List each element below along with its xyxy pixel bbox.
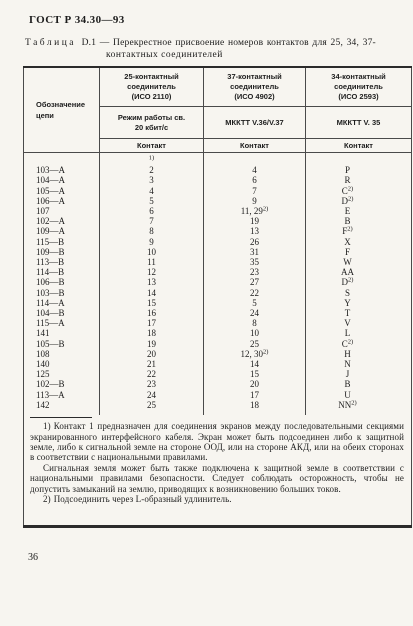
- doc-code: ГОСТ Р 34.30—93: [29, 0, 413, 26]
- pin25-cell: 8: [100, 226, 204, 236]
- table-row: 113—В1135W: [24, 257, 412, 267]
- circuit-cell: 142: [24, 400, 100, 415]
- header-circuit-designation: Обозначение цепи: [24, 67, 100, 153]
- pin25-cell: 6: [100, 206, 204, 216]
- pin34-cell: F2): [306, 226, 412, 236]
- pin34-cell: C2): [306, 186, 412, 196]
- header-circuit-line1: Обозначение: [36, 99, 99, 110]
- circuit-cell: 115—А: [24, 318, 100, 328]
- table-row: 115—В926X: [24, 237, 412, 247]
- header-contact-37pin: Контакт: [204, 139, 306, 153]
- pin25-cell: 7: [100, 216, 204, 226]
- footnote-3-marker: 2): [43, 494, 51, 504]
- header-mode-34pin: МККТТ V. 35: [306, 107, 412, 139]
- table-row: 1402114N: [24, 359, 412, 369]
- circuit-cell: 105—В: [24, 339, 100, 349]
- pin34-cell: NN2): [306, 400, 412, 415]
- table-row: 113—А2417U: [24, 390, 412, 400]
- pin34-cell: F: [306, 247, 412, 257]
- table-row: 103—А24P: [24, 165, 412, 175]
- circuit-cell: 103—А: [24, 165, 100, 175]
- pin37-cell: 18: [204, 400, 306, 415]
- circuit-cell: 114—А: [24, 298, 100, 308]
- header-circuit-line2: цепи: [36, 110, 99, 121]
- pin25-cell: 13: [100, 277, 204, 287]
- table-row: 106—А59D2): [24, 196, 412, 206]
- footnote-1-continuation: Сигнальная земля может быть также подклю…: [30, 463, 404, 494]
- header-contact-34pin: Контакт: [306, 139, 412, 153]
- pin25-cell: 3: [100, 175, 204, 185]
- pin25-cell: 12: [100, 267, 204, 277]
- circuit-cell: 106—В: [24, 277, 100, 287]
- circuit-cell: 105—А: [24, 186, 100, 196]
- table-row: 1252215J: [24, 369, 412, 379]
- pin25-cell: 14: [100, 288, 204, 298]
- pin34-cell: C2): [306, 339, 412, 349]
- pin37-cell: 8: [204, 318, 306, 328]
- pin37-cell: 20: [204, 379, 306, 389]
- pin37-cell: 25: [204, 339, 306, 349]
- pin34-cell: S: [306, 288, 412, 298]
- pin37-cell: 13: [204, 226, 306, 236]
- footnote-1-text: Контакт 1 предназначен для соединения эк…: [30, 421, 404, 462]
- circuit-cell: 108: [24, 349, 100, 359]
- circuit-cell: 140: [24, 359, 100, 369]
- header-mode-37pin: МККТТ V.36/V.37: [204, 107, 306, 139]
- circuit-cell: [24, 153, 100, 166]
- circuit-cell: 109—В: [24, 247, 100, 257]
- header-text: 34-контактный: [306, 72, 411, 82]
- pin25-cell: 5: [100, 196, 204, 206]
- table-header: Обозначение цепи 25-контактный соедините…: [24, 67, 412, 153]
- table-row: 103—В1422S: [24, 288, 412, 298]
- pin37-cell: 19: [204, 216, 306, 226]
- pin25-cell: 11: [100, 257, 204, 267]
- footnote-2: 2)Подсоединить через L-образный удлините…: [30, 494, 404, 504]
- pin25-cell: 9: [100, 237, 204, 247]
- header-text: 37-контактный: [204, 72, 305, 82]
- header-contact-25pin: Контакт: [100, 139, 204, 153]
- pin25-cell: 4: [100, 186, 204, 196]
- header-text: 20 кбит/с: [100, 123, 203, 133]
- pin25-cell: 19: [100, 339, 204, 349]
- pin34-cell: L: [306, 328, 412, 338]
- table-row: 105—В1925C2): [24, 339, 412, 349]
- contact-rows: 1)103—А24P104—А36R105—А47C2)106—А59D2)10…: [24, 153, 412, 416]
- table-row: 102—А719B: [24, 216, 412, 226]
- pin34-cell: E: [306, 206, 412, 216]
- pin25-cell: 21: [100, 359, 204, 369]
- table-row: 1082012, 302)H: [24, 349, 412, 359]
- table-row: 104—В1624T: [24, 308, 412, 318]
- table-row: 109—А813F2): [24, 226, 412, 236]
- circuit-cell: 125: [24, 369, 100, 379]
- table-row: 109—В1031F: [24, 247, 412, 257]
- table-row: 114—В1223AA: [24, 267, 412, 277]
- footnote-2-text: Сигнальная земля может быть также подклю…: [30, 463, 404, 494]
- circuit-cell: 104—В: [24, 308, 100, 318]
- pin34-cell: U: [306, 390, 412, 400]
- table-row: 105—А47C2): [24, 186, 412, 196]
- table-row: 107611, 292)E: [24, 206, 412, 216]
- pin25-cell: 17: [100, 318, 204, 328]
- pin37-cell: 10: [204, 328, 306, 338]
- circuit-cell: 106—А: [24, 196, 100, 206]
- pin25-cell: 1): [100, 153, 204, 166]
- pin34-cell: AA: [306, 267, 412, 277]
- circuit-cell: 104—А: [24, 175, 100, 185]
- pin37-cell: 26: [204, 237, 306, 247]
- pin25-cell: 24: [100, 390, 204, 400]
- footnote-1: 1)Контакт 1 предназначен для соединения …: [30, 421, 404, 463]
- circuit-cell: 115—В: [24, 237, 100, 247]
- header-text: Режим работы св.: [100, 113, 203, 123]
- circuit-cell: 109—А: [24, 226, 100, 236]
- pin34-cell: Y: [306, 298, 412, 308]
- pin25-cell: 25: [100, 400, 204, 415]
- header-mode-25pin: Режим работы св. 20 кбит/с: [100, 107, 204, 139]
- document-page: ГОСТ Р 34.30—93 Таблица D.1 — Перекрестн…: [0, 0, 413, 626]
- header-connector-37pin: 37-контактный соединитель (ИСО 4902): [204, 67, 306, 107]
- circuit-cell: 114—В: [24, 267, 100, 277]
- header-connector-34pin: 34-контактный соединитель (ИСО 2593): [306, 67, 412, 107]
- footnote-1-marker: 1): [43, 421, 51, 431]
- header-text: (ИСО 4902): [204, 92, 305, 102]
- footnotes-row: 1)Контакт 1 предназначен для соединения …: [24, 415, 412, 527]
- footnote-3-text: Подсоединить через L-образный удлинитель…: [54, 494, 232, 504]
- pin37-cell: 17: [204, 390, 306, 400]
- pin34-cell: P: [306, 165, 412, 175]
- pin34-cell: H: [306, 349, 412, 359]
- header-connector-25pin: 25-контактный соединитель (ИСО 2110): [100, 67, 204, 107]
- table-row: 1422518NN2): [24, 400, 412, 415]
- table-row: 1): [24, 153, 412, 166]
- pin34-cell: T: [306, 308, 412, 318]
- pin37-cell: 5: [204, 298, 306, 308]
- pin37-cell: 15: [204, 369, 306, 379]
- pin34-cell: X: [306, 237, 412, 247]
- header-text: соединитель: [100, 82, 203, 92]
- header-row-connectors: Обозначение цепи 25-контактный соедините…: [24, 67, 412, 107]
- table-row: 114—А155Y: [24, 298, 412, 308]
- pin34-cell: V: [306, 318, 412, 328]
- pin37-cell: 27: [204, 277, 306, 287]
- header-text: соединитель: [204, 82, 305, 92]
- circuit-cell: 103—В: [24, 288, 100, 298]
- contacts-table: Обозначение цепи 25-контактный соедините…: [23, 66, 412, 528]
- page-number: 36: [28, 552, 413, 563]
- pin37-cell: 7: [204, 186, 306, 196]
- pin37-cell: 31: [204, 247, 306, 257]
- pin25-cell: 23: [100, 379, 204, 389]
- pin34-cell: J: [306, 369, 412, 379]
- pin25-cell: 22: [100, 369, 204, 379]
- pin25-cell: 2: [100, 165, 204, 175]
- header-text: 25-контактный: [100, 72, 203, 82]
- pin37-cell: 4: [204, 165, 306, 175]
- pin25-cell: 20: [100, 349, 204, 359]
- pin34-cell: W: [306, 257, 412, 267]
- pin25-cell: 18: [100, 328, 204, 338]
- pin34-cell: R: [306, 175, 412, 185]
- pin37-cell: 23: [204, 267, 306, 277]
- pin37-cell: 9: [204, 196, 306, 206]
- pin25-cell: 16: [100, 308, 204, 318]
- pin37-cell: 6: [204, 175, 306, 185]
- pin34-cell: B: [306, 216, 412, 226]
- pin34-cell: [306, 153, 412, 166]
- header-text: соединитель: [306, 82, 411, 92]
- circuit-cell: 107: [24, 206, 100, 216]
- table-row: 115—А178V: [24, 318, 412, 328]
- pin25-cell: 10: [100, 247, 204, 257]
- table-row: 106—В1327D2): [24, 277, 412, 287]
- pin37-cell: 35: [204, 257, 306, 267]
- pin34-cell: N: [306, 359, 412, 369]
- circuit-cell: 113—В: [24, 257, 100, 267]
- circuit-cell: 113—А: [24, 390, 100, 400]
- circuit-cell: 102—В: [24, 379, 100, 389]
- table-title-label: Таблица: [25, 38, 76, 48]
- pin37-cell: 11, 292): [204, 206, 306, 216]
- footnote-separator-rule: [30, 417, 92, 418]
- header-text: (ИСО 2593): [306, 92, 411, 102]
- table-row: 1411810L: [24, 328, 412, 338]
- header-text: МККТТ V. 35: [306, 118, 411, 128]
- footnotes: 1)Контакт 1 предназначен для соединения …: [30, 421, 404, 505]
- table-row: 102—В2320B: [24, 379, 412, 389]
- header-text: МККТТ V.36/V.37: [204, 118, 305, 128]
- pin37-cell: 12, 302): [204, 349, 306, 359]
- circuit-cell: 102—А: [24, 216, 100, 226]
- footnotes-cell: 1)Контакт 1 предназначен для соединения …: [24, 415, 412, 527]
- table-title: Таблица D.1 — Перекрестное присвоение но…: [25, 38, 410, 60]
- pin34-cell: B: [306, 379, 412, 389]
- pin37-cell: 22: [204, 288, 306, 298]
- table-title-line2: контактных соединителей: [106, 50, 410, 60]
- table-title-text: D.1 — Перекрестное присвоение номеров ко…: [82, 38, 376, 48]
- header-text: (ИСО 2110): [100, 92, 203, 102]
- table-title-line1: Таблица D.1 — Перекрестное присвоение но…: [25, 38, 410, 48]
- pin25-cell: 15: [100, 298, 204, 308]
- pin34-cell: D2): [306, 277, 412, 287]
- pin37-cell: 14: [204, 359, 306, 369]
- table-row: 104—А36R: [24, 175, 412, 185]
- pin37-cell: 24: [204, 308, 306, 318]
- pin34-cell: D2): [306, 196, 412, 206]
- table-footnotes-section: 1)Контакт 1 предназначен для соединения …: [24, 415, 412, 527]
- pin37-cell: [204, 153, 306, 166]
- circuit-cell: 141: [24, 328, 100, 338]
